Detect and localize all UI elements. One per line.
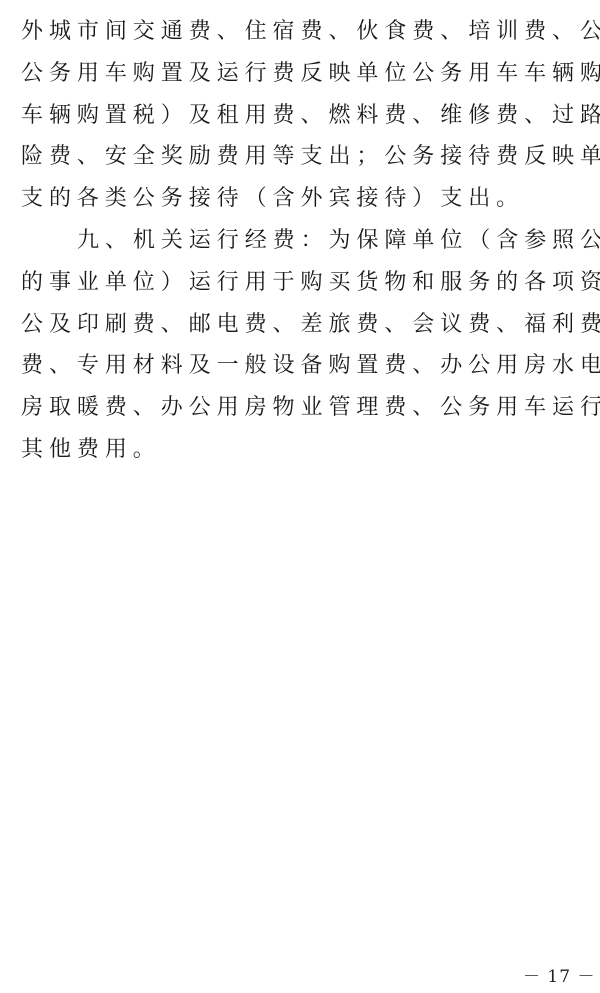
text-line: 的事业单位）运行用于购买货物和服务的各项资金，包括办 <box>21 262 583 304</box>
document-body: 外城市间交通费、住宿费、伙食费、培训费、公杂费等支出； 公务用车购置及运行费反映… <box>21 11 583 471</box>
text-line: 支的各类公务接待（含外宾接待）支出。 <box>21 178 583 220</box>
text-line: 外城市间交通费、住宿费、伙食费、培训费、公杂费等支出； <box>21 11 583 53</box>
text-line: 公及印刷费、邮电费、差旅费、会议费、福利费、日常维修 <box>21 304 583 346</box>
text-line: 房取暖费、办公用房物业管理费、公务用车运行维护费以及 <box>21 387 583 429</box>
page-number: － 17 － <box>523 966 595 988</box>
text-line: 公务用车购置及运行费反映单位公务用车车辆购置支出（含 <box>21 53 583 95</box>
text-line: 险费、安全奖励费用等支出；公务接待费反映单位按规定开 <box>21 136 583 178</box>
paragraph-operating-expenses: 九、机关运行经费：为保障单位（含参照公务员法管理 的事业单位）运行用于购买货物和… <box>21 220 583 471</box>
paragraph-expense-definitions-continued: 外城市间交通费、住宿费、伙食费、培训费、公杂费等支出； 公务用车购置及运行费反映… <box>21 11 583 220</box>
text-line: 车辆购置税）及租用费、燃料费、维修费、过路过桥费、保 <box>21 95 583 137</box>
text-line: 其他费用。 <box>21 429 583 471</box>
text-line: 费、专用材料及一般设备购置费、办公用房水电费、办公用 <box>21 345 583 387</box>
text-line-indented: 九、机关运行经费：为保障单位（含参照公务员法管理 <box>21 220 583 262</box>
